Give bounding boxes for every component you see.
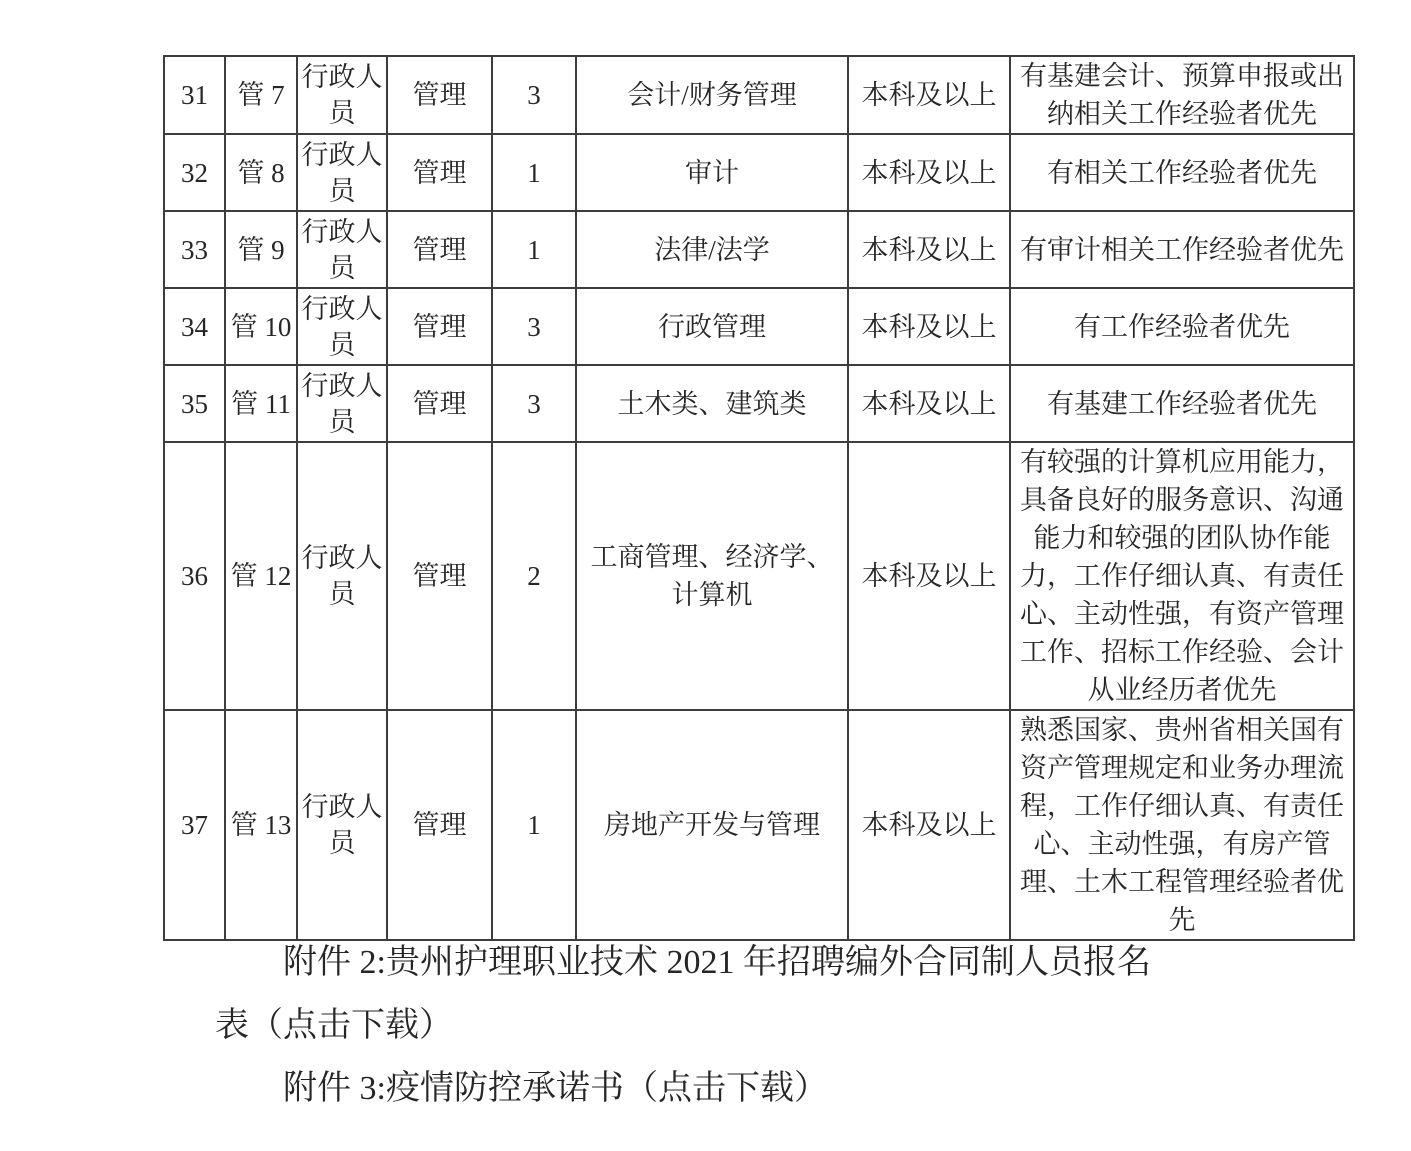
cell-position-code: 管 7: [225, 56, 297, 134]
cell-education-requirement: 本科及以上: [848, 442, 1010, 710]
cell-personnel-category: 行政人员: [297, 211, 387, 288]
cell-education-requirement: 本科及以上: [848, 134, 1010, 211]
cell-position-code: 管 8: [225, 134, 297, 211]
cell-personnel-category: 行政人员: [297, 134, 387, 211]
cell-major-requirement: 法律/法学: [576, 211, 848, 288]
cell-other-requirements: 有基建工作经验者优先: [1010, 365, 1354, 442]
attachment-2-download-link-wrap[interactable]: 表（点击下载）: [215, 994, 1235, 1057]
cell-position-type: 管理: [387, 710, 492, 940]
recruitment-positions-table: 31 管 7 行政人员 管理 3 会计/财务管理 本科及以上 有基建会计、预算申…: [163, 55, 1355, 941]
cell-row-number: 31: [164, 56, 225, 134]
cell-major-requirement: 会计/财务管理: [576, 56, 848, 134]
cell-major-requirement: 房地产开发与管理: [576, 710, 848, 940]
cell-other-requirements: 有较强的计算机应用能力，具备良好的服务意识、沟通能力和较强的团队协作能力，工作仔…: [1010, 442, 1354, 710]
cell-row-number: 37: [164, 710, 225, 940]
table-row: 32 管 8 行政人员 管理 1 审计 本科及以上 有相关工作经验者优先: [164, 134, 1354, 211]
table-body: 31 管 7 行政人员 管理 3 会计/财务管理 本科及以上 有基建会计、预算申…: [164, 56, 1354, 940]
cell-headcount: 3: [492, 365, 576, 442]
cell-position-type: 管理: [387, 134, 492, 211]
table-row: 34 管 10 行政人员 管理 3 行政管理 本科及以上 有工作经验者优先: [164, 288, 1354, 365]
cell-row-number: 32: [164, 134, 225, 211]
cell-position-type: 管理: [387, 288, 492, 365]
cell-position-code: 管 13: [225, 710, 297, 940]
attachment-3-download-link[interactable]: 附件 3:疫情防控承诺书（点击下载）: [215, 1057, 1235, 1120]
cell-position-code: 管 10: [225, 288, 297, 365]
table-row: 36 管 12 行政人员 管理 2 工商管理、经济学、计算机 本科及以上 有较强…: [164, 442, 1354, 710]
table-row: 35 管 11 行政人员 管理 3 土木类、建筑类 本科及以上 有基建工作经验者…: [164, 365, 1354, 442]
cell-personnel-category: 行政人员: [297, 365, 387, 442]
cell-personnel-category: 行政人员: [297, 442, 387, 710]
cell-other-requirements: 有审计相关工作经验者优先: [1010, 211, 1354, 288]
cell-row-number: 34: [164, 288, 225, 365]
document-page: 31 管 7 行政人员 管理 3 会计/财务管理 本科及以上 有基建会计、预算申…: [0, 0, 1411, 1151]
cell-headcount: 1: [492, 134, 576, 211]
cell-personnel-category: 行政人员: [297, 288, 387, 365]
attachment-2-download-link[interactable]: 附件 2:贵州护理职业技术 2021 年招聘编外合同制人员报名: [215, 931, 1235, 994]
cell-other-requirements: 有相关工作经验者优先: [1010, 134, 1354, 211]
cell-headcount: 1: [492, 710, 576, 940]
cell-education-requirement: 本科及以上: [848, 56, 1010, 134]
cell-position-code: 管 11: [225, 365, 297, 442]
cell-other-requirements: 有工作经验者优先: [1010, 288, 1354, 365]
table-row: 33 管 9 行政人员 管理 1 法律/法学 本科及以上 有审计相关工作经验者优…: [164, 211, 1354, 288]
cell-education-requirement: 本科及以上: [848, 710, 1010, 940]
table-row: 37 管 13 行政人员 管理 1 房地产开发与管理 本科及以上 熟悉国家、贵州…: [164, 710, 1354, 940]
cell-major-requirement: 行政管理: [576, 288, 848, 365]
cell-major-requirement: 土木类、建筑类: [576, 365, 848, 442]
table-row: 31 管 7 行政人员 管理 3 会计/财务管理 本科及以上 有基建会计、预算申…: [164, 56, 1354, 134]
cell-education-requirement: 本科及以上: [848, 365, 1010, 442]
cell-personnel-category: 行政人员: [297, 710, 387, 940]
cell-position-type: 管理: [387, 442, 492, 710]
cell-row-number: 36: [164, 442, 225, 710]
cell-other-requirements: 有基建会计、预算申报或出纳相关工作经验者优先: [1010, 56, 1354, 134]
cell-headcount: 3: [492, 56, 576, 134]
cell-position-type: 管理: [387, 56, 492, 134]
cell-major-requirement: 审计: [576, 134, 848, 211]
cell-education-requirement: 本科及以上: [848, 211, 1010, 288]
cell-personnel-category: 行政人员: [297, 56, 387, 134]
cell-major-requirement: 工商管理、经济学、计算机: [576, 442, 848, 710]
cell-headcount: 2: [492, 442, 576, 710]
cell-position-code: 管 9: [225, 211, 297, 288]
cell-education-requirement: 本科及以上: [848, 288, 1010, 365]
cell-headcount: 1: [492, 211, 576, 288]
cell-row-number: 33: [164, 211, 225, 288]
cell-headcount: 3: [492, 288, 576, 365]
attachments-section: 附件 2:贵州护理职业技术 2021 年招聘编外合同制人员报名 表（点击下载） …: [215, 931, 1235, 1120]
cell-row-number: 35: [164, 365, 225, 442]
cell-position-type: 管理: [387, 211, 492, 288]
cell-position-code: 管 12: [225, 442, 297, 710]
cell-position-type: 管理: [387, 365, 492, 442]
cell-other-requirements: 熟悉国家、贵州省相关国有资产管理规定和业务办理流程，工作仔细认真、有责任心、主动…: [1010, 710, 1354, 940]
